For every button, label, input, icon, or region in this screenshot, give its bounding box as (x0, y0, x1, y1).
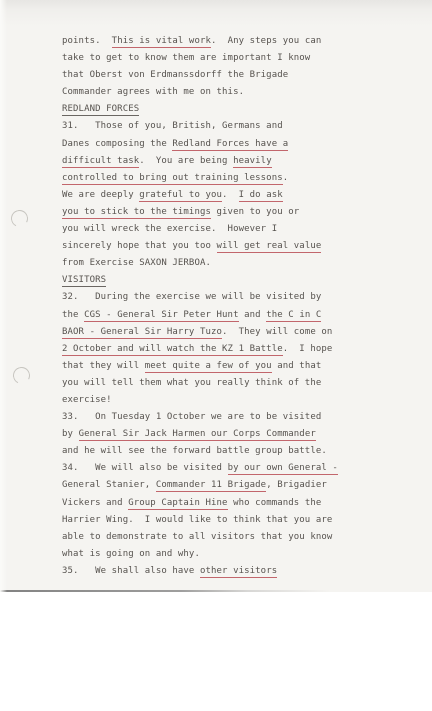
document-line: General Stanier, Commander 11 Brigade, B… (62, 477, 338, 494)
text-segment: General Stanier, (62, 480, 156, 490)
document-line: 2 October and will watch the KZ 1 Battle… (62, 341, 338, 358)
document-line: you will tell them what you really think… (62, 375, 338, 392)
document-line: BAOR - General Sir Harry Tuzo. They will… (62, 324, 338, 341)
red-underlined-text: Group Captain Hine (128, 498, 227, 510)
text-segment: 31. Those of you, British, Germans and (62, 121, 283, 131)
text-segment: . Any steps you can (211, 36, 321, 46)
red-underlined-text: meet quite a few of you (145, 361, 272, 373)
text-segment: Harrier Wing. I would like to think that… (62, 515, 332, 525)
document-line: exercise! (62, 392, 338, 409)
heading-text: VISITORS (62, 275, 106, 287)
text-segment: 34. We will also be visited (62, 463, 228, 473)
text-segment: 35. We shall also have (62, 566, 200, 576)
text-segment: by (62, 429, 79, 439)
document-line: Commander agrees with me on this. (62, 84, 338, 101)
text-segment: 32. During the exercise we will be visit… (62, 292, 321, 302)
red-underlined-text: difficult task (62, 156, 139, 168)
heading-text: REDLAND FORCES (62, 104, 139, 116)
document-line: take to get to know them are important I… (62, 50, 338, 67)
document-line: Danes composing the Redland Forces have … (62, 136, 338, 153)
red-underlined-text: CGS - General Sir Peter Hunt (84, 310, 239, 322)
document-line: you to stick to the timings given to you… (62, 204, 338, 221)
text-column: points. This is vital work. Any steps yo… (62, 33, 338, 580)
red-underlined-text: I do ask (239, 190, 283, 202)
page-bottom-edge (0, 590, 330, 592)
text-segment: Vickers and (62, 498, 128, 508)
red-underlined-text: This is vital work (112, 36, 211, 48)
text-segment: you will wreck the exercise. However I (62, 224, 277, 234)
text-segment: We are deeply (62, 190, 139, 200)
document-line: and he will see the forward battle group… (62, 443, 338, 460)
document-line: sincerely hope that you too will get rea… (62, 238, 338, 255)
document-line: Vickers and Group Captain Hine who comma… (62, 495, 338, 512)
text-segment: 33. On Tuesday 1 October we are to be vi… (62, 412, 321, 422)
text-segment: from Exercise SAXON JERBOA. (62, 258, 211, 268)
text-segment: . I hope (283, 344, 333, 354)
red-underlined-text: controlled to bring out training lessons (62, 173, 283, 185)
text-segment: you will tell them what you really think… (62, 378, 321, 388)
document-line: 35. We shall also have other visitors (62, 563, 338, 580)
document-line: from Exercise SAXON JERBOA. (62, 255, 338, 272)
text-segment: the (62, 310, 84, 320)
text-segment: . You are being (139, 156, 233, 166)
punch-hole-icon (9, 208, 30, 229)
scanned-page: points. This is vital work. Any steps yo… (0, 0, 432, 592)
document-line: points. This is vital work. Any steps yo… (62, 33, 338, 50)
text-segment: that they will (62, 361, 145, 371)
text-segment: able to demonstrate to all visitors that… (62, 532, 332, 542)
red-underlined-text: BAOR - General Sir Harry Tuzo (62, 327, 222, 339)
text-segment: what is going on and why. (62, 549, 200, 559)
text-segment: exercise! (62, 395, 112, 405)
document-line: able to demonstrate to all visitors that… (62, 529, 338, 546)
red-underlined-text: you to stick to the timings (62, 207, 211, 219)
document-line: the CGS - General Sir Peter Hunt and the… (62, 307, 338, 324)
red-underlined-text: by our own General - (228, 463, 338, 475)
red-underlined-text: 2 October and will watch the KZ 1 Battle (62, 344, 283, 356)
document-line: 34. We will also be visited by our own G… (62, 460, 338, 477)
text-segment: Danes composing the (62, 139, 172, 149)
document-line: that they will meet quite a few of you a… (62, 358, 338, 375)
text-segment: and that (272, 361, 322, 371)
red-underlined-text: heavily (233, 156, 272, 168)
document-line: controlled to bring out training lessons… (62, 170, 338, 187)
document-line: you will wreck the exercise. However I (62, 221, 338, 238)
document-line: REDLAND FORCES (62, 101, 338, 118)
text-segment: and (239, 310, 267, 320)
document-line: We are deeply grateful to you. I do ask (62, 187, 338, 204)
document-line: VISITORS (62, 272, 338, 289)
text-segment: . They will come on (222, 327, 332, 337)
text-segment: points. (62, 36, 112, 46)
punch-hole-icon (11, 365, 32, 386)
red-underlined-text: Redland Forces have a (172, 139, 288, 151)
red-underlined-text: will get real value (217, 241, 322, 253)
red-underlined-text: grateful to you (139, 190, 222, 202)
text-segment: that Oberst von Erdmanssdorff the Brigad… (62, 70, 288, 80)
document-line: by General Sir Jack Harmen our Corps Com… (62, 426, 338, 443)
document-line: 31. Those of you, British, Germans and (62, 118, 338, 135)
text-segment: Commander agrees with me on this. (62, 87, 244, 97)
red-underlined-text: other visitors (200, 566, 277, 578)
text-segment: take to get to know them are important I… (62, 53, 310, 63)
red-underlined-text: General Sir Jack Harmen our Corps Comman… (79, 429, 316, 441)
text-segment: sincerely hope that you too (62, 241, 217, 251)
text-segment: . (222, 190, 239, 200)
text-segment: given to you or (211, 207, 299, 217)
text-segment: and he will see the forward battle group… (62, 446, 327, 456)
red-underlined-text: Commander 11 Brigade (156, 480, 266, 492)
document-line: 32. During the exercise we will be visit… (62, 289, 338, 306)
document-line: what is going on and why. (62, 546, 338, 563)
screenshot-viewport: points. This is vital work. Any steps yo… (0, 0, 432, 711)
document-line: 33. On Tuesday 1 October we are to be vi… (62, 409, 338, 426)
text-segment: . (283, 173, 289, 183)
red-underlined-text: the C in C (266, 310, 321, 322)
document-line: that Oberst von Erdmanssdorff the Brigad… (62, 67, 338, 84)
document-line: difficult task. You are being heavily (62, 153, 338, 170)
text-segment: , Brigadier (266, 480, 327, 490)
text-segment: who commands the (228, 498, 322, 508)
document-line: Harrier Wing. I would like to think that… (62, 512, 338, 529)
